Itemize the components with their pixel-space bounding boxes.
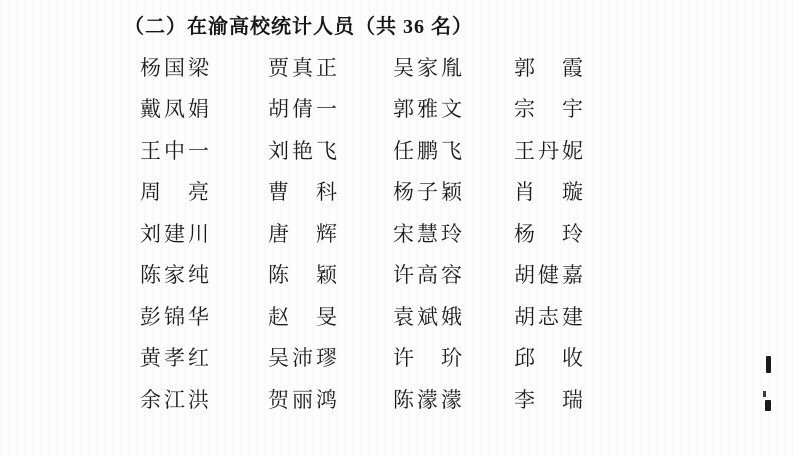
person-name: 王中一 (140, 135, 268, 165)
scan-artifact (766, 356, 771, 373)
person-name: 王丹妮 (514, 135, 654, 165)
person-name: 郭 霞 (514, 52, 654, 82)
person-name: 周 亮 (140, 176, 268, 206)
person-name: 吴家胤 (393, 52, 514, 82)
person-name: 陈家纯 (140, 259, 268, 289)
person-name: 胡志建 (514, 301, 654, 331)
person-name: 胡健嘉 (514, 259, 654, 289)
person-name: 黄孝红 (140, 342, 268, 372)
person-name: 陈 颖 (268, 259, 393, 289)
scan-artifact (763, 391, 766, 397)
person-name: 宗 宇 (514, 93, 654, 123)
person-name: 赵 旻 (268, 301, 393, 331)
person-name: 刘艳飞 (268, 135, 393, 165)
person-name: 肖 璇 (514, 176, 654, 206)
person-name: 宋慧玲 (393, 218, 514, 248)
person-name: 郭雅文 (393, 93, 514, 123)
person-name: 吴沛璆 (268, 342, 393, 372)
name-grid: 杨国梁 贾真正 吴家胤 郭 霞 戴凤娟 胡倩一 郭雅文 宗 宇 王中一 刘艳飞 … (140, 46, 654, 420)
person-name: 贺丽鸿 (268, 384, 393, 414)
scan-artifact (765, 400, 771, 411)
person-name: 李 瑞 (514, 384, 654, 414)
person-name: 许高容 (393, 259, 514, 289)
person-name: 邱 收 (514, 342, 654, 372)
person-name: 任鹏飞 (393, 135, 514, 165)
person-name: 胡倩一 (268, 93, 393, 123)
person-name: 杨 玲 (514, 218, 654, 248)
person-name: 刘建川 (140, 218, 268, 248)
document-page: （二）在渝高校统计人员（共 36 名） 杨国梁 贾真正 吴家胤 郭 霞 戴凤娟 … (0, 0, 793, 456)
person-name: 杨国梁 (140, 52, 268, 82)
person-name: 曹 科 (268, 176, 393, 206)
section-title: （二）在渝高校统计人员（共 36 名） (124, 10, 473, 39)
person-name: 唐 辉 (268, 218, 393, 248)
person-name: 袁斌娥 (393, 301, 514, 331)
person-name: 杨子颖 (393, 176, 514, 206)
person-name: 贾真正 (268, 52, 393, 82)
person-name: 戴凤娟 (140, 93, 268, 123)
person-name: 余江洪 (140, 384, 268, 414)
person-name: 彭锦华 (140, 301, 268, 331)
person-name: 陈濛濛 (393, 384, 514, 414)
person-name: 许 玠 (393, 342, 514, 372)
